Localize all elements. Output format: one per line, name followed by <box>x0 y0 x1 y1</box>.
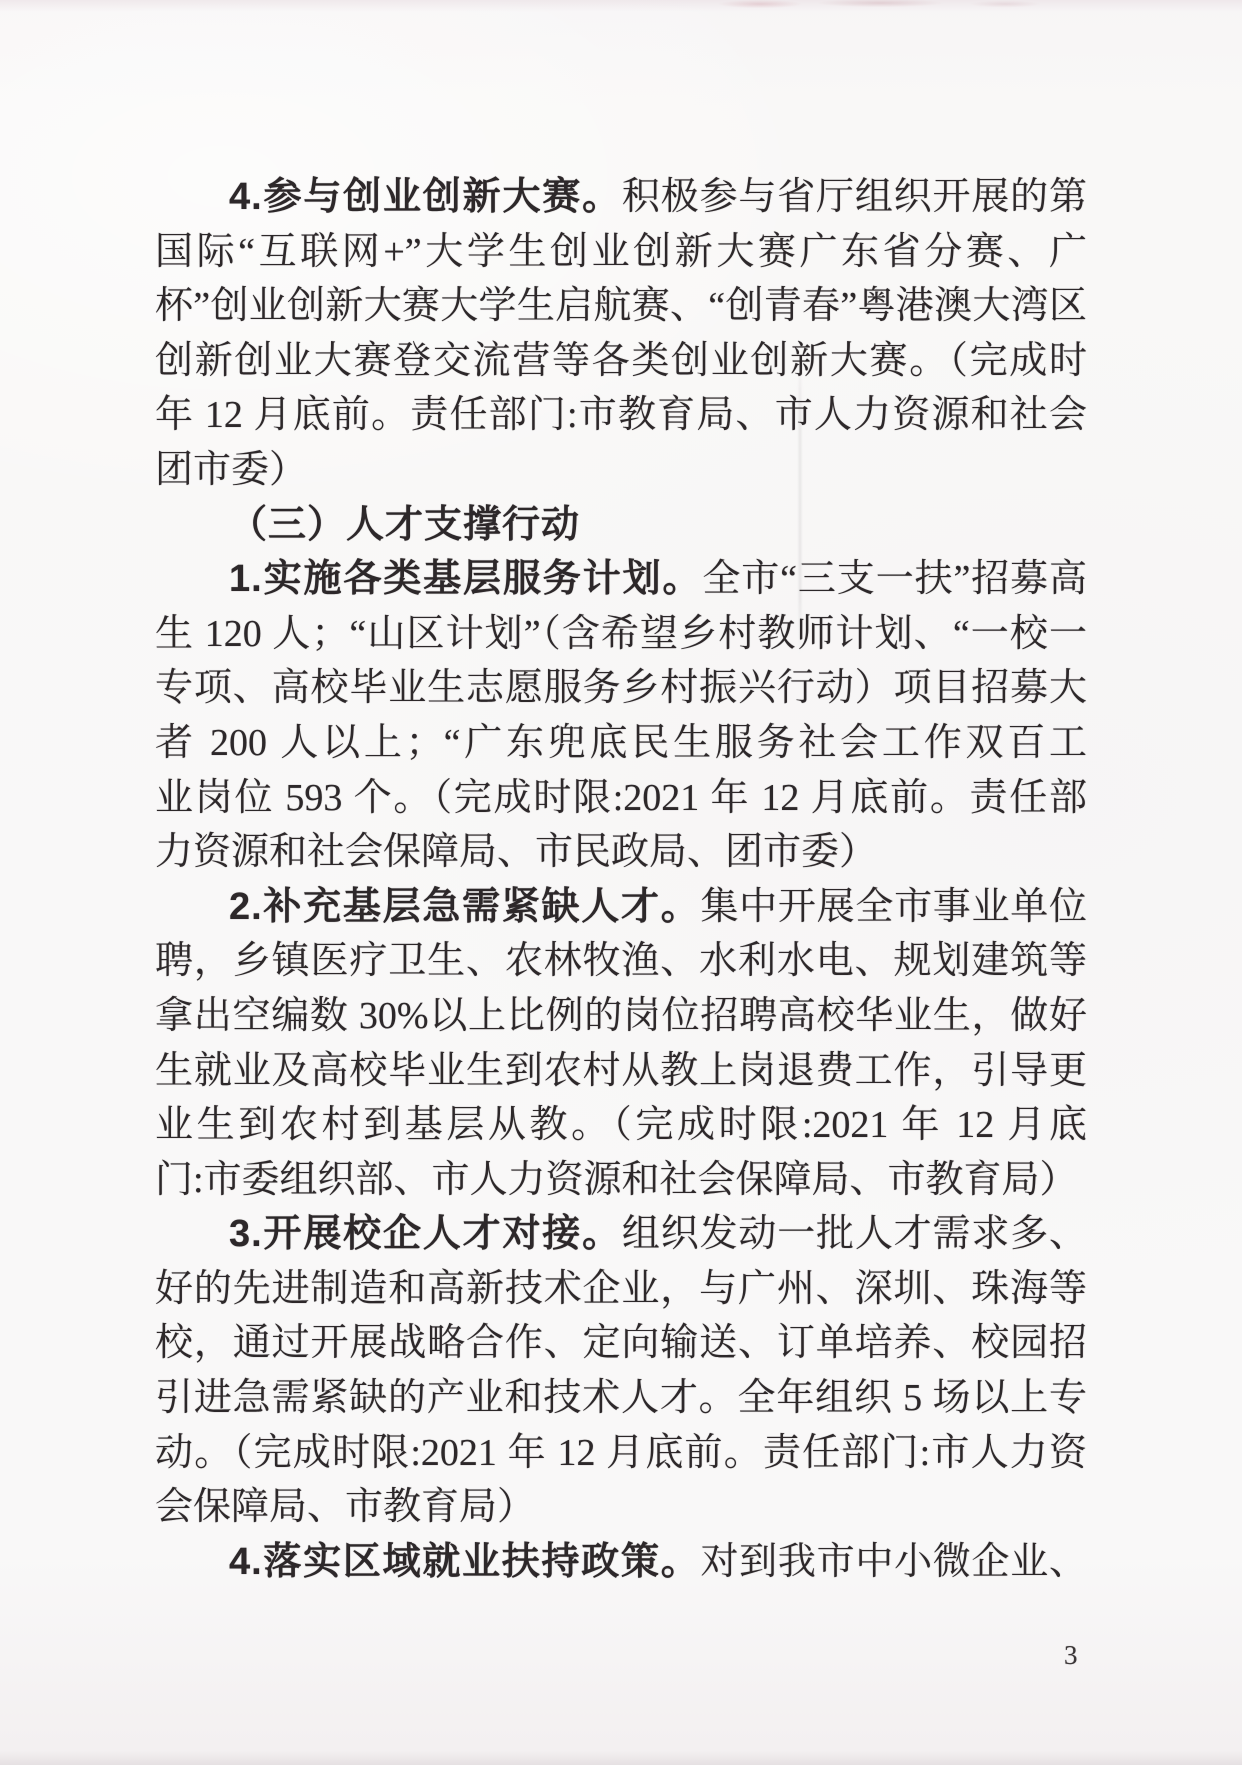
line-text: 年 12 月底前。责任部门:市教育局、市人力资源和社会保障局、 <box>155 394 1087 443</box>
document-line: 3.开展校企人才对接。组织发动一批人才需求多、发展潜力 <box>155 1207 1087 1262</box>
document-line: 者 200 人以上；“广东兜底民生服务社会工作双百工程”提供就 <box>155 716 1087 771</box>
document-line: 动。（完成时限:2021 年 12 月底前。责任部门:市人力资源和社 <box>155 1426 1087 1481</box>
line-text: 创新创业大赛登交流营等各类创业创新大赛。（完成时限:2021 <box>155 340 1087 389</box>
document-text-block: 4.参与创业创新大赛。积极参与省厅组织开展的第七届中国 国际“互联网+”大学生创… <box>155 170 1087 1589</box>
document-line: 聘，乡镇医疗卫生、农林牧渔、水利水电、规划建筑等事业单位 <box>155 934 1087 989</box>
line-heading-text: 1.实施各类基层服务计划。 <box>229 558 702 600</box>
line-text: 动。（完成时限:2021 年 12 月底前。责任部门:市人力资源和社 <box>155 1432 1087 1481</box>
document-line: 会保障局、市教育局） <box>155 1480 1087 1535</box>
document-line: 4.参与创业创新大赛。积极参与省厅组织开展的第七届中国 <box>155 170 1087 225</box>
line-heading-text: 2.补充基层急需紧缺人才。 <box>229 886 700 928</box>
line-text: 力资源和社会保障局、市民政局、团市委） <box>155 831 877 873</box>
line-text: 拿出空编数 30%以上比例的岗位招聘高校华业生，做好公费师范 <box>155 995 1087 1044</box>
line-text: 校，通过开展战略合作、定向输送、订单培养、校园招聘等方式， <box>155 1322 1087 1371</box>
line-text: 会保障局、市教育局） <box>155 1486 535 1528</box>
document-line: 好的先进制造和高新技术企业，与广州、深圳、珠海等地区的高 <box>155 1262 1087 1317</box>
line-text: 聘，乡镇医疗卫生、农林牧渔、水利水电、规划建筑等事业单位 <box>155 940 1087 989</box>
line-text: 生就业及高校毕业生到农村从教上岗退费工作，引导更多高校毕 <box>155 1050 1087 1099</box>
document-line: 拿出空编数 30%以上比例的岗位招聘高校华业生，做好公费师范 <box>155 989 1087 1044</box>
line-text: 者 200 人以上；“广东兜底民生服务社会工作双百工程”提供就 <box>155 722 1087 771</box>
line-text: 专项、高校毕业生志愿服务乡村振兴行动）项目招募大学生志愿 <box>155 667 1087 716</box>
document-line: 业生到农村到基层从教。（完成时限:2021 年 12 月底前。责任部 <box>155 1098 1087 1153</box>
line-text: 门:市委组织部、市人力资源和社会保障局、市教育局） <box>155 1159 1078 1201</box>
document-line: 门:市委组织部、市人力资源和社会保障局、市教育局） <box>155 1153 1087 1208</box>
line-text: 生 120 人；“山区计划”（含希望乡村教师计划、“一校一社工” <box>155 613 1087 662</box>
document-line: 4.落实区域就业扶持政策。对到我市中小微企业、个体工商 <box>155 1535 1087 1590</box>
document-line: 年 12 月底前。责任部门:市教育局、市人力资源和社会保障局、 <box>155 388 1087 443</box>
document-line: 引进急需紧缺的产业和技术人才。全年组织 5 场以上专场对接活 <box>155 1371 1087 1426</box>
line-text: 团市委） <box>155 449 307 491</box>
document-line: 国际“互联网+”大学生创业创新大赛广东省分赛、广东“众创 <box>155 225 1087 280</box>
line-heading-text: （三）人才支撑行动 <box>229 504 580 546</box>
document-line: 生就业及高校毕业生到农村从教上岗退费工作，引导更多高校毕 <box>155 1044 1087 1099</box>
document-line: 创新创业大赛登交流营等各类创业创新大赛。（完成时限:2021 <box>155 334 1087 389</box>
document-line: 专项、高校毕业生志愿服务乡村振兴行动）项目招募大学生志愿 <box>155 661 1087 716</box>
line-text: 国际“互联网+”大学生创业创新大赛广东省分赛、广东“众创 <box>155 231 1087 280</box>
line-text: 引进急需紧缺的产业和技术人才。全年组织 5 场以上专场对接活 <box>155 1377 1087 1426</box>
document-line: 2.补充基层急需紧缺人才。集中开展全市事业单位公开招 <box>155 880 1087 935</box>
line-heading-text: 4.参与创业创新大赛。 <box>229 176 622 218</box>
scan-artifact-bottom-edge <box>0 1751 1242 1765</box>
line-text: 业岗位 593 个。（完成时限:2021 年 12 月底前。责任部门:市人 <box>155 777 1087 826</box>
document-line: 生 120 人；“山区计划”（含希望乡村教师计划、“一校一社工” <box>155 607 1087 662</box>
document-line: 校，通过开展战略合作、定向输送、订单培养、校园招聘等方式， <box>155 1316 1087 1371</box>
line-text: 好的先进制造和高新技术企业，与广州、深圳、珠海等地区的高 <box>155 1268 1087 1317</box>
document-line: 1.实施各类基层服务计划。全市“三支一扶”招募高校毕业 <box>155 552 1087 607</box>
document-line: 杯”创业创新大赛大学生启航赛、“创青春”粤港澳大湾区青年 <box>155 279 1087 334</box>
document-section-heading: （三）人才支撑行动 <box>155 498 1087 553</box>
line-heading-text: 3.开展校企人才对接。 <box>229 1213 622 1255</box>
line-heading-text: 4.落实区域就业扶持政策。 <box>229 1541 700 1583</box>
page-number: 3 <box>1064 1640 1078 1671</box>
document-line: 团市委） <box>155 443 1087 498</box>
line-text: 杯”创业创新大赛大学生启航赛、“创青春”粤港澳大湾区青年 <box>155 285 1087 334</box>
document-line: 力资源和社会保障局、市民政局、团市委） <box>155 825 1087 880</box>
scan-artifact-top-edge <box>0 0 1242 12</box>
document-line: 业岗位 593 个。（完成时限:2021 年 12 月底前。责任部门:市人 <box>155 771 1087 826</box>
line-text: 业生到农村到基层从教。（完成时限:2021 年 12 月底前。责任部 <box>155 1104 1087 1153</box>
